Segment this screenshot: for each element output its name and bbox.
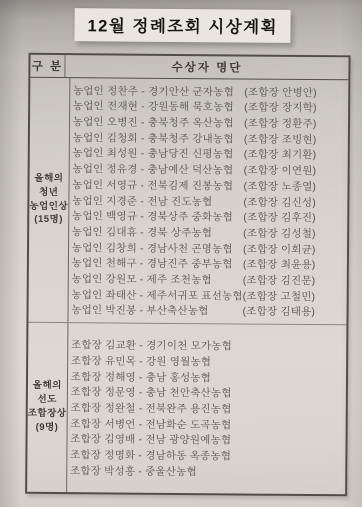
winner-name-text: 조합장 김영배 - 전남 광양원예농협 <box>70 432 240 448</box>
winner-name-text: 농업인 서영규 - 전북김제 진봉농협 <box>72 177 243 193</box>
category-line: 선도 <box>37 395 56 406</box>
president-note-text <box>241 409 342 410</box>
photo-background: 12월 정례조회 시상계획 구 분 수상자 명단 올해의청년농업인상(15명) … <box>0 0 362 507</box>
winner-name-text: 농업인 강원모 - 제주 조천농협 <box>71 271 242 287</box>
president-note-text: (조합장 김성철) <box>243 225 344 241</box>
winner-name-text: 조합장 서병언 - 전남화순 도곡농협 <box>70 416 240 432</box>
winner-rows: 조합장 김교환 - 경기이천 모가농협조합장 유민목 - 강원 영월농협조합장 … <box>67 323 347 494</box>
table-body: 올해의청년농업인상(15명) 농업인 정찬주 - 경기안산 군자농협(조합장 안… <box>27 78 348 494</box>
president-note-text: (조합장 최기환) <box>244 147 345 163</box>
winner-name-text: 농업인 최성원 - 충남당진 신평농협 <box>72 146 243 162</box>
document-title: 12월 정례조회 시상계획 <box>74 8 291 43</box>
winner-name-text: 조합장 정명화 - 경남하동 옥종농협 <box>70 447 240 463</box>
president-note-text: (조합장 고철민) <box>243 288 344 304</box>
president-note-text: (조합장 최윤용) <box>243 257 344 273</box>
table-header-row: 구 분 수상자 명단 <box>30 55 348 80</box>
president-note-text <box>241 362 342 363</box>
category-cell: 올해의선도조합장상(9명) <box>27 323 68 492</box>
president-note-text: (조합장 김후진) <box>243 210 344 226</box>
header-cell-category: 구 분 <box>30 55 65 77</box>
president-note-text: (조합장 노종열) <box>244 178 345 194</box>
president-note-text <box>241 346 342 347</box>
president-note-text: (조합장 안병안) <box>244 84 345 100</box>
winner-name-text: 조합장 박성흥 - 중울산농협 <box>70 463 240 479</box>
paper-document: 12월 정례조회 시상계획 구 분 수상자 명단 올해의청년농업인상(15명) … <box>0 0 362 507</box>
winner-row: 조합장 박성흥 - 중울산농협 <box>70 463 341 481</box>
winner-name-text: 농업인 박진봉 - 부산축산농협 <box>71 302 242 318</box>
president-note-text <box>241 425 342 426</box>
document-title-text: 12월 정례조회 시상계획 <box>87 17 278 36</box>
winner-name-text: 농업인 좌태산 - 제주서귀포 표선농협 <box>71 287 242 303</box>
president-note-text <box>241 440 342 441</box>
president-note-text: (조합장 이회균) <box>243 241 344 257</box>
president-note-text <box>240 456 341 457</box>
winner-name-text: 조합장 김교환 - 경기이천 모가농협 <box>71 337 241 353</box>
header-cell-winners: 수상자 명단 <box>65 55 348 79</box>
winner-name-text: 농업인 김대휴 - 경북 상주농협 <box>72 224 243 240</box>
president-note-text: (조합장 이연원) <box>244 163 345 179</box>
winner-name-text: 농업인 정찬주 - 경기안산 군자농협 <box>73 83 244 99</box>
winner-name-text: 농업인 김창희 - 경남사천 곤명농협 <box>72 240 243 256</box>
section-young-farmer-award: 올해의청년농업인상(15명) 농업인 정찬주 - 경기안산 군자농협(조합장 안… <box>28 78 348 325</box>
category-cell: 올해의청년농업인상(15명) <box>28 78 70 322</box>
category-line: 올해의 <box>33 381 62 392</box>
president-note-text <box>241 378 342 379</box>
president-note-text: (조합장 김진문) <box>243 272 344 288</box>
category-line: 올해의 <box>34 174 63 185</box>
category-line: 조합장상 <box>28 409 67 420</box>
section-leading-president-award: 올해의선도조합장상(9명) 조합장 김교환 - 경기이천 모가농협조합장 유민목… <box>27 323 346 494</box>
president-note-text: (조합장 정환주) <box>244 116 345 132</box>
category-line: (9명) <box>36 423 59 434</box>
winner-name-text: 농업인 전재현 - 강원동해 묵호농협 <box>73 99 244 115</box>
president-note-text: (조합장 장지학) <box>244 100 345 116</box>
winner-name-text: 농업인 김청회 - 충북청주 강내농협 <box>73 130 244 146</box>
winner-name-text: 농업인 오병진 - 충북청주 옥산농협 <box>73 114 244 130</box>
president-note-text <box>240 472 341 473</box>
winner-row: 농업인 박진봉 - 부산축산농협(조합장 김태용) <box>71 302 343 320</box>
award-table: 구 분 수상자 명단 올해의청년농업인상(15명) 농업인 정찬주 - 경기안산… <box>25 53 350 497</box>
winner-name-text: 농업인 백영규 - 경북상주 중화농협 <box>72 208 243 224</box>
winner-name-text: 조합장 정해영 - 충남 홍성농협 <box>71 369 241 385</box>
president-note-text: (조합장 조빙현) <box>244 131 345 147</box>
president-note-text <box>241 393 342 394</box>
winner-name-text: 조합장 정완철 - 전북완주 용진농협 <box>70 400 240 416</box>
president-note-text: (조합장 김신성) <box>243 194 344 210</box>
category-line: (15명) <box>34 215 63 226</box>
category-line: 농업인상 <box>29 201 68 212</box>
winner-name-text: 농업인 천해구 - 경남진주 중부농협 <box>72 255 243 271</box>
winner-name-text: 농업인 정유경 - 충남예산 덕산농협 <box>72 161 243 177</box>
winner-name-text: 조합장 유민목 - 강원 영월농협 <box>71 353 241 369</box>
category-line: 청년 <box>39 187 58 198</box>
winner-rows: 농업인 정찬주 - 경기안산 군자농협(조합장 안병안)농업인 전재현 - 강원… <box>68 78 349 324</box>
winner-name-text: 조합장 정문영 - 충남 천안축산농협 <box>71 384 241 400</box>
president-note-text: (조합장 김태용) <box>243 304 344 320</box>
winner-name-text: 농업인 지경준 - 전남 진도농협 <box>72 193 243 209</box>
